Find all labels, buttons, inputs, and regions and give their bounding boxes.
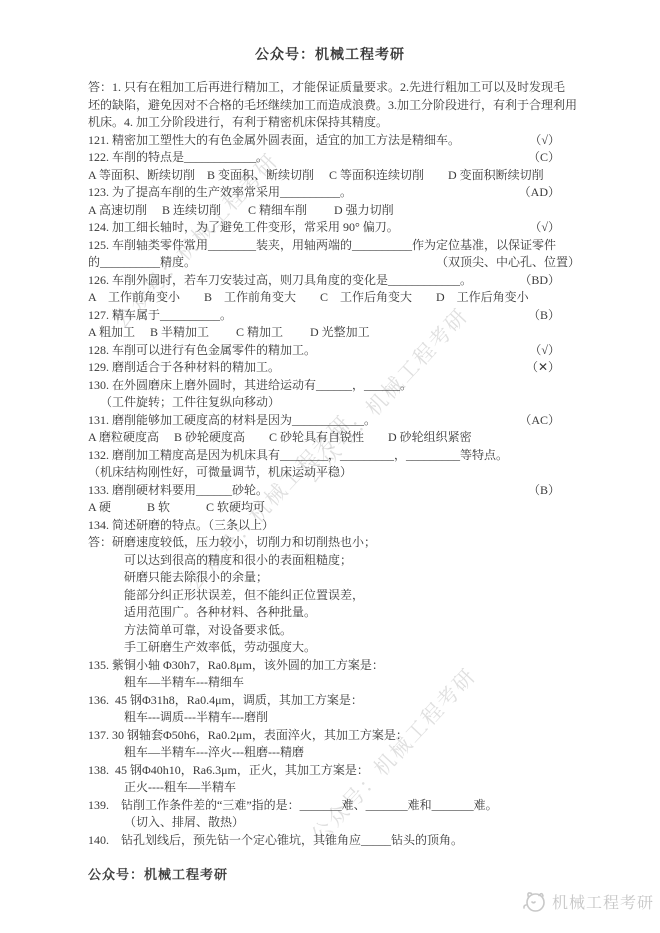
answer-key: （BD） [519, 272, 580, 290]
line-text: A 工作前角变小 B 工作前角变大 C 工作后角变大 D 工作后角变小 [88, 289, 529, 307]
line-text: 123. 为了提高车削的生产效率常采用__________。 [88, 184, 352, 202]
doc-line: 127. 精车属于__________。（B） [88, 307, 580, 325]
line-text: 适用范围广。各种材料、各种批量。 [124, 604, 316, 622]
doc-line: 研磨只能去除很小的余量； [88, 569, 580, 587]
line-text: 134. 简述研磨的特点。（三条以上） [88, 517, 274, 535]
line-text: 的__________精度。 [88, 254, 196, 272]
answer-key: （B） [528, 482, 580, 500]
doc-line: A 硬 B 软 C 软硬均可 [88, 499, 580, 517]
doc-line: 137. 30 钢轴套Φ50h6，Ra0.2μm，表面淬火，其加工方案是： [88, 727, 580, 745]
doc-line: 126. 车削外圆时，若车刀安装过高，则刀具角度的变化是____________… [88, 272, 580, 290]
line-text: 能部分纠正形状误差，但不能纠正位置误差， [124, 587, 364, 605]
doc-line: 128. 车削可以进行有色金属零件的精加工。（√） [88, 342, 580, 360]
mascot-doodle-icon [522, 889, 548, 913]
line-text: 130. 在外圆磨床上磨外圆时，其进给运动有______，______。 [88, 377, 412, 395]
doc-line: （切入、排屑、散热） [88, 814, 580, 832]
doc-line: A 等面积、断续切削 B 变面积、断续切削 C 等面积连续切削 D 变面积断续切… [88, 167, 580, 185]
doc-line: 129. 磨削适合于各种材料的精加工。（✕） [88, 359, 580, 377]
doc-line: 适用范围广。各种材料、各种批量。 [88, 604, 580, 622]
doc-line: 121. 精密加工塑性大的有色金属外圆表面，适宜的加工方法是精细车。（√） [88, 132, 580, 150]
doc-line: A 工作前角变小 B 工作前角变大 C 工作后角变大 D 工作后角变小 [88, 289, 580, 307]
answer-key: （√） [529, 132, 580, 150]
answer-key: （√） [529, 219, 580, 237]
line-text: 126. 车削外圆时，若车刀安装过高，则刀具角度的变化是____________… [88, 272, 472, 290]
doc-line: A 粗加工 B 半精加工 C 精加工 D 光整加工 [88, 324, 580, 342]
doc-line: 136. 45 钢Φ31h8，Ra0.4μm，调质，其加工方案是： [88, 692, 580, 710]
line-text: 136. 45 钢Φ31h8，Ra0.4μm，调质，其加工方案是： [88, 692, 363, 710]
doc-line: 123. 为了提高车削的生产效率常采用__________。（AD） [88, 184, 580, 202]
answer-key: （✕） [526, 359, 580, 377]
doc-line: 133. 磨削硬材料要用______砂轮。（B） [88, 482, 580, 500]
line-text: 129. 磨削适合于各种材料的精加工。 [88, 359, 280, 377]
line-text: 131. 磨削能够加工硬度高的材料是因为____________。 [88, 412, 376, 430]
line-text: 可以达到很高的精度和很小的表面粗糙度； [124, 552, 352, 570]
doc-line: 方法简单可靠，对设备要求低。 [88, 622, 580, 640]
line-text: 答：研磨速度较低，压力较小，切削力和切削热也小； [88, 534, 376, 552]
answer-key: （C） [528, 149, 580, 167]
doc-line: 正火----粗车—半精车 [88, 779, 580, 797]
line-text: 粗车—半精车---淬火---粗磨---精磨 [124, 744, 304, 762]
doc-line: （工件旋转；工件往复纵向移动） [88, 394, 580, 412]
doc-line: 可以达到很高的精度和很小的表面粗糙度； [88, 552, 580, 570]
doc-line: A 高速切削 B 连续切削 C 精细车削 D 强力切削 [88, 202, 580, 220]
line-text: 121. 精密加工塑性大的有色金属外圆表面，适宜的加工方法是精细车。 [88, 132, 460, 150]
doc-line: 135. 紫铜小轴 Φ30h7，Ra0.8μm，该外圆的加工方案是： [88, 657, 580, 675]
line-text: 方法简单可靠，对设备要求低。 [124, 622, 292, 640]
line-text: 140. 钻孔划线后，预先钻一个定心锥坑，其锥角应_____钻头的顶角。 [88, 832, 463, 850]
line-text: 粗车---调质---半精车---磨削 [124, 709, 268, 727]
line-text: A 粗加工 B 半精加工 C 精加工 D 光整加工 [88, 324, 370, 342]
line-text: 138. 45 钢Φ40h10，Ra6.3μm，正火，其加工方案是： [88, 762, 369, 780]
line-text: 122. 车削的特点是____________。 [88, 149, 268, 167]
line-text: 手工研磨生产效率低，劳动强度大。 [124, 639, 316, 657]
doc-line: 机床。4. 加工分阶段进行，有利于精密机床保持其精度。 [88, 114, 580, 132]
answer-key: （AD） [519, 184, 580, 202]
doc-line: 粗车—半精车---淬火---粗磨---精磨 [88, 744, 580, 762]
doc-line: 粗车—半精车---精细车 [88, 674, 580, 692]
doc-line: 粗车---调质---半精车---磨削 [88, 709, 580, 727]
doc-line: 132. 磨削加工精度高是因为机床具有________，_________，__… [88, 447, 580, 465]
document-page: 公众号：机械工程考研 公众号：机械工程考研 公众号：机械工程考研 公众号：机械工… [0, 0, 660, 933]
doc-line: 坯的缺陷，避免因对不合格的毛坯继续加工而造成浪费。3.加工分阶段进行，有利于合理… [88, 97, 580, 115]
line-text: 粗车—半精车---精细车 [124, 674, 244, 692]
line-text: 125. 车削轴类零件常用________装夹，用轴两端的__________作… [88, 237, 556, 255]
line-text: A 硬 B 软 C 软硬均可 [88, 499, 265, 517]
doc-line: 能部分纠正形状误差，但不能纠正位置误差， [88, 587, 580, 605]
line-text: A 磨粒硬度高 B 砂轮硬度高 C 砂轮具有自锐性 D 砂轮组织紧密 [88, 429, 472, 447]
answer-key: （AC） [519, 412, 580, 430]
corner-logo-text: 机械工程考研 [552, 890, 654, 913]
doc-line: 答：研磨速度较低，压力较小，切削力和切削热也小； [88, 534, 580, 552]
page-header-title: 公众号：机械工程考研 [0, 44, 660, 64]
doc-line: 122. 车削的特点是____________。（C） [88, 149, 580, 167]
doc-line: 的__________精度。（双顶尖、中心孔、位置） [88, 254, 580, 272]
document-lines: 答：1. 只有在粗加工后再进行精加工，才能保证质量要求。2.先进行粗加工可以及时… [88, 79, 580, 849]
line-text: （切入、排屑、散热） [124, 814, 244, 832]
line-text: 124. 加工细长轴时，为了避免工件变形，常采用 90° 偏刀。 [88, 219, 399, 237]
doc-line: 140. 钻孔划线后，预先钻一个定心锥坑，其锥角应_____钻头的顶角。 [88, 832, 580, 850]
line-text: A 等面积、断续切削 B 变面积、断续切削 C 等面积连续切削 D 变面积断续切… [88, 167, 544, 185]
line-text: 133. 磨削硬材料要用______砂轮。 [88, 482, 268, 500]
doc-line: 130. 在外圆磨床上磨外圆时，其进给运动有______，______。 [88, 377, 580, 395]
line-text: 139. 钻削工作条件差的“三难”指的是：_______难、_______难和_… [88, 797, 498, 815]
line-text: （工件旋转；工件往复纵向移动） [100, 394, 280, 412]
answer-key: （√） [529, 342, 580, 360]
doc-line: （机床结构刚性好，可微量调节，机床运动平稳） [88, 464, 580, 482]
line-text: 135. 紫铜小轴 Φ30h7，Ra0.8μm，该外圆的加工方案是： [88, 657, 384, 675]
line-text: 127. 精车属于__________。 [88, 307, 232, 325]
line-text: 137. 30 钢轴套Φ50h6，Ra0.2μm，表面淬火，其加工方案是： [88, 727, 408, 745]
line-text: 132. 磨削加工精度高是因为机床具有________，_________，__… [88, 447, 508, 465]
line-text: 机床。4. 加工分阶段进行，有利于精密机床保持其精度。 [88, 114, 388, 132]
doc-line: 131. 磨削能够加工硬度高的材料是因为____________。（AC） [88, 412, 580, 430]
answer-key: （双顶尖、中心孔、位置） [436, 254, 580, 272]
line-text: 128. 车削可以进行有色金属零件的精加工。 [88, 342, 316, 360]
line-text: A 高速切削 B 连续切削 C 精细车削 D 强力切削 [88, 202, 394, 220]
doc-line: 手工研磨生产效率低，劳动强度大。 [88, 639, 580, 657]
page-footer-title: 公众号：机械工程考研 [88, 864, 228, 883]
line-text: 坯的缺陷，避免因对不合格的毛坯继续加工而造成浪费。3.加工分阶段进行，有利于合理… [88, 97, 577, 115]
line-text: （机床结构刚性好，可微量调节，机床运动平稳） [88, 464, 352, 482]
doc-line: 138. 45 钢Φ40h10，Ra6.3μm，正火，其加工方案是： [88, 762, 580, 780]
doc-line: 124. 加工细长轴时，为了避免工件变形，常采用 90° 偏刀。（√） [88, 219, 580, 237]
doc-line: 答：1. 只有在粗加工后再进行精加工，才能保证质量要求。2.先进行粗加工可以及时… [88, 79, 580, 97]
answer-key: （B） [528, 307, 580, 325]
corner-logo: 机械工程考研 [522, 889, 654, 913]
line-text: 正火----粗车—半精车 [124, 779, 236, 797]
doc-line: 139. 钻削工作条件差的“三难”指的是：_______难、_______难和_… [88, 797, 580, 815]
line-text: 答：1. 只有在粗加工后再进行精加工，才能保证质量要求。2.先进行粗加工可以及时… [88, 79, 565, 97]
doc-line: 125. 车削轴类零件常用________装夹，用轴两端的__________作… [88, 237, 580, 255]
doc-line: A 磨粒硬度高 B 砂轮硬度高 C 砂轮具有自锐性 D 砂轮组织紧密 [88, 429, 580, 447]
doc-line: 134. 简述研磨的特点。（三条以上） [88, 517, 580, 535]
line-text: 研磨只能去除很小的余量； [124, 569, 268, 587]
